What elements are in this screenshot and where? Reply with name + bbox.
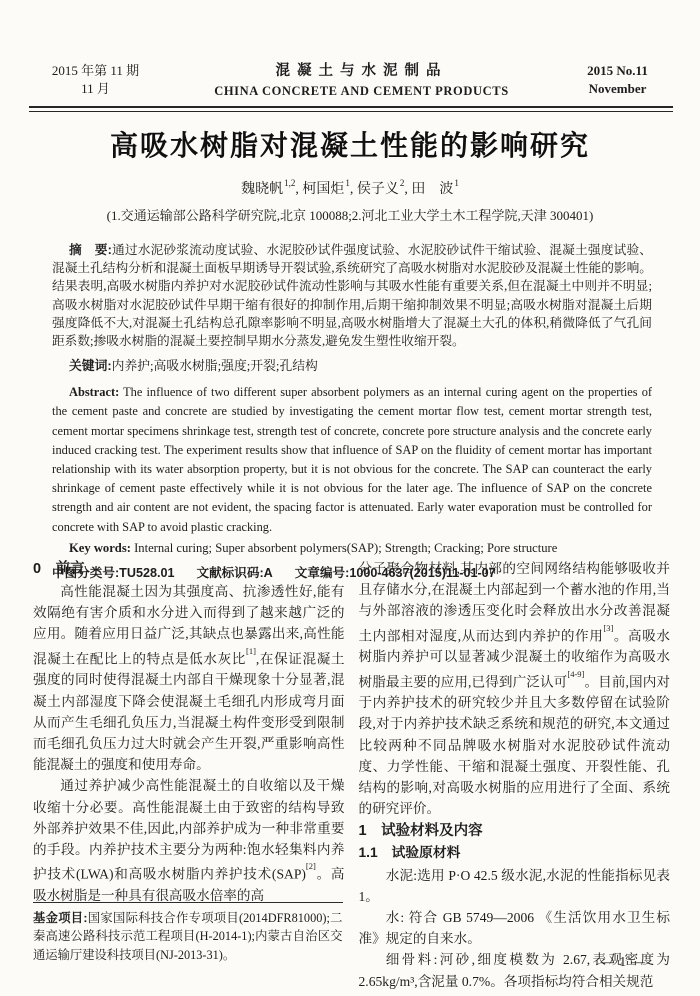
- keywords-cn: 关键词:内养护;高吸水树脂;强度;开裂;孔结构: [52, 357, 652, 375]
- author: 魏晓帆1,2: [241, 182, 299, 197]
- author-affil-sup: 1: [345, 178, 350, 188]
- keywords-en-label: Key words:: [69, 541, 131, 555]
- front-matter: 摘 要:通过水泥砂浆流动度试验、水泥胶砂试件强度试验、水泥胶砂试件干缩试验、混凝…: [52, 241, 652, 581]
- author-name: 田 波: [411, 182, 453, 197]
- materials-water: 水: 符合 GB 5749—2006 《生活饮用水卫生标准》规定的自来水。: [359, 907, 671, 949]
- abstract-cn-label: 摘 要:: [69, 243, 112, 257]
- reference-marker: [4-9]: [567, 669, 584, 679]
- section-1-1-heading: 1.1 试验原材料: [359, 843, 671, 863]
- reference-marker: [1]: [246, 646, 256, 656]
- issue-month-cn: 11 月: [33, 80, 158, 98]
- issue-info-cn: 2015 年第 11 期 11 月: [33, 62, 158, 98]
- author: 柯国炬1: [302, 182, 353, 197]
- author: 侯子义2: [357, 182, 408, 197]
- issue-month-en: November: [565, 80, 670, 98]
- keywords-cn-text: 内养护;高吸水树脂;强度;开裂;孔结构: [112, 359, 318, 373]
- journal-name-cn: 混凝土与水泥制品: [158, 62, 565, 80]
- author-affil-sup: 2: [400, 178, 405, 188]
- funding-footnote: 基金项目:国家国际科技合作专项项目(2014DFR81000);二秦高速公路科技…: [33, 902, 343, 964]
- abstract-en-text: The influence of two different super abs…: [52, 385, 652, 533]
- author-name: 侯子义: [357, 182, 399, 197]
- author-affil-sup: 1,2: [284, 178, 295, 188]
- reference-marker: [2]: [306, 861, 316, 871]
- abstract-cn-text: 通过水泥砂浆流动度试验、水泥胶砂试件强度试验、水泥胶砂试件干缩试验、混凝土强度试…: [52, 243, 652, 348]
- issue-year-cn: 2015 年第 11 期: [33, 62, 158, 80]
- article-title: 高吸水树脂对混凝土性能的影响研究: [0, 124, 700, 164]
- abstract-cn: 摘 要:通过水泥砂浆流动度试验、水泥胶砂试件强度试验、水泥胶砂试件干缩试验、混凝…: [52, 241, 652, 350]
- author: 田 波1: [411, 182, 459, 197]
- keywords-cn-label: 关键词:: [69, 358, 112, 373]
- keywords-en-text: Internal curing; Super absorbent polymer…: [134, 541, 557, 555]
- intro-paragraph-2: 通过养护减少高性能混凝土的自收缩以及干燥收缩十分必要。高性能混凝土由于致密的结构…: [33, 775, 345, 906]
- continued-paragraph: 分子聚合物材料,其内部的空间网络结构能够吸收并且存储水分,在混凝土内部起到一个蓄…: [359, 558, 671, 820]
- author-name: 柯国炬: [302, 182, 344, 197]
- author-name: 魏晓帆: [241, 182, 283, 197]
- page-number: — 1 —: [601, 951, 647, 972]
- funding-label: 基金项目:: [33, 911, 88, 925]
- affiliation: (1.交通运输部公路科学研究院,北京 100088;2.河北工业大学土木工程学院…: [0, 205, 700, 224]
- section-0-heading: 0 前言: [33, 559, 345, 579]
- journal-header: 2015 年第 11 期 11 月 混凝土与水泥制品 CHINA CONCRET…: [33, 62, 670, 100]
- author-affil-sup: 1: [454, 178, 459, 188]
- left-column: 0 前言 高性能混凝土因为其强度高、抗渗透性好,能有效隔绝有害介质和水分进入而得…: [33, 558, 345, 972]
- abstract-en-label: Abstract:: [69, 385, 119, 399]
- section-1-heading: 1 试验材料及内容: [359, 821, 671, 841]
- intro-paragraph-1: 高性能混凝土因为其强度高、抗渗透性好,能有效隔绝有害介质和水分进入而得到了越来越…: [33, 581, 345, 775]
- issue-info-en: 2015 No.11 November: [565, 62, 670, 98]
- header-divider: [29, 106, 673, 112]
- keywords-en: Key words: Internal curing; Super absorb…: [52, 540, 652, 557]
- author-line: 魏晓帆1,2 柯国炬1 侯子义2 田 波1: [0, 178, 700, 198]
- reference-marker: [3]: [603, 623, 613, 633]
- right-column: 分子聚合物材料,其内部的空间网络结构能够吸收并且存储水分,在混凝土内部起到一个蓄…: [359, 558, 671, 972]
- issue-number-en: 2015 No.11: [565, 62, 670, 80]
- abstract-en: Abstract: The influence of two different…: [52, 383, 652, 537]
- journal-name-block: 混凝土与水泥制品 CHINA CONCRETE AND CEMENT PRODU…: [158, 62, 565, 100]
- journal-name-en: CHINA CONCRETE AND CEMENT PRODUCTS: [158, 82, 565, 100]
- journal-page: 2015 年第 11 期 11 月 混凝土与水泥制品 CHINA CONCRET…: [0, 0, 700, 996]
- materials-cement: 水泥:选用 P·O 42.5 级水泥,水泥的性能指标见表 1。: [359, 865, 671, 907]
- body-columns: 0 前言 高性能混凝土因为其强度高、抗渗透性好,能有效隔绝有害介质和水分进入而得…: [33, 558, 670, 972]
